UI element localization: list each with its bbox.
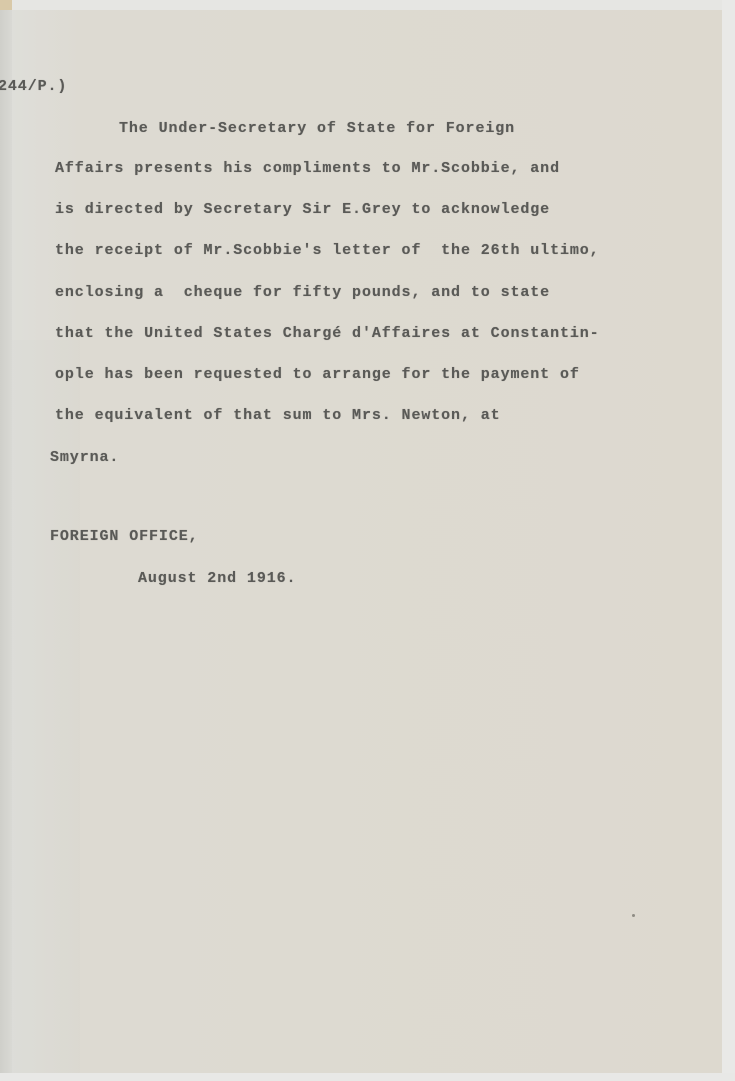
paper-corner-tab: [0, 0, 12, 10]
body-line: the equivalent of that sum to Mrs. Newto…: [55, 407, 501, 424]
body-line: Smyrna.: [50, 449, 119, 466]
reference-number: 244/P.): [0, 78, 67, 95]
page-edge-bottom: [0, 1073, 735, 1081]
letter-date: August 2nd 1916.: [138, 570, 296, 587]
body-line: enclosing a cheque for fifty pounds, and…: [55, 284, 550, 301]
paper-speck: [632, 914, 635, 917]
body-line: is directed by Secretary Sir E.Grey to a…: [55, 201, 550, 218]
page-edge-right: [722, 0, 735, 1081]
body-line: that the United States Chargé d'Affaires…: [55, 325, 600, 342]
body-line: Affairs presents his compliments to Mr.S…: [55, 160, 560, 177]
body-line: the receipt of Mr.Scobbie's letter of th…: [55, 242, 600, 259]
sender-office: FOREIGN OFFICE,: [50, 528, 199, 545]
body-line: ople has been requested to arrange for t…: [55, 366, 580, 383]
page-binding-edge: [0, 0, 12, 1081]
body-line: The Under-Secretary of State for Foreign: [119, 120, 515, 137]
